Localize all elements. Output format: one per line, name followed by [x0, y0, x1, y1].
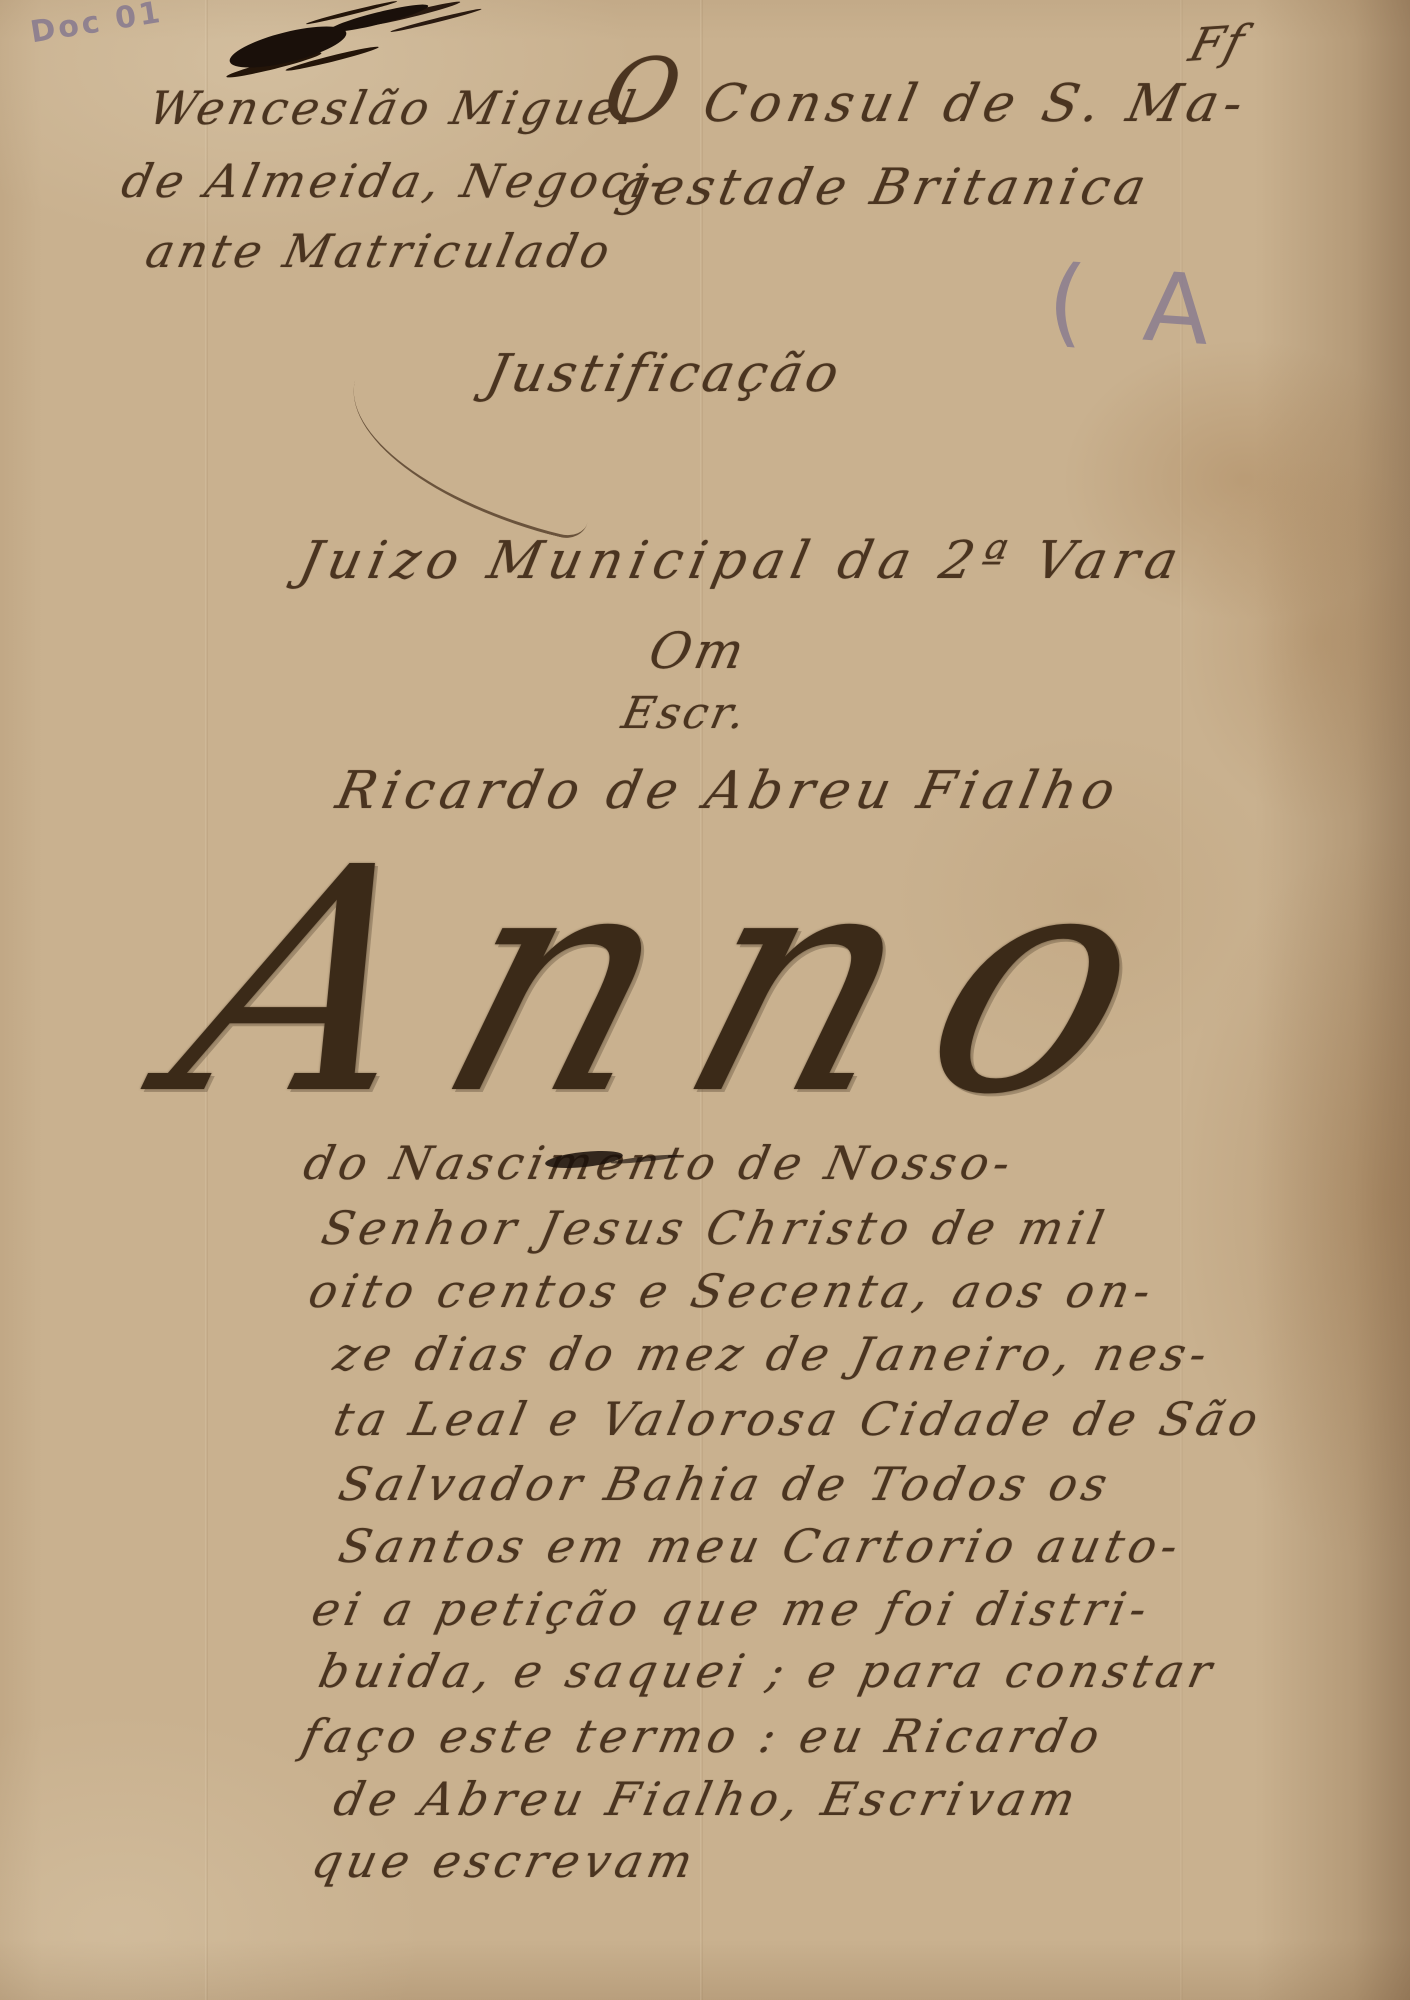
body-line-7: Santos em meu Cartorio auto- [335, 1523, 1187, 1569]
folio-mark: Ff [1185, 18, 1251, 68]
anno-calligraphy: Anno [150, 828, 1217, 1138]
subheader-escr: Escr. [618, 692, 752, 736]
body-line-11: de Abreu Fialho, Escrivam [330, 1776, 1084, 1822]
ink-blot [226, 18, 350, 76]
body-line-1: do Nascimento de Nosso- [300, 1140, 1019, 1186]
header-left-line-1: Wenceslão Miguel [145, 85, 643, 131]
header-left-line-3: ante Matriculado [142, 228, 618, 274]
header-right-line-2: gestade Britanica [612, 162, 1155, 212]
header-left-line-2: de Almeida, Negoci- [118, 158, 675, 204]
doc-number-annotation: Doc 01 [28, 0, 165, 48]
body-line-3: oito centos e Secenta, aos on- [305, 1268, 1160, 1314]
document-title: Justificação [482, 348, 847, 400]
body-line-5: ta Leal e Valorosa Cidade de São [330, 1396, 1267, 1442]
pencil-mark: ( A [1045, 252, 1227, 360]
manuscript-page: Doc 01 Ff Wenceslão Miguel de Almeida, N… [0, 0, 1410, 2000]
body-line-6: Salvador Bahia de Todos os [335, 1461, 1116, 1507]
body-line-4: ze dias do mez de Janeiro, nes- [330, 1331, 1216, 1377]
header-right-line-1: O Consul de S. Ma- [598, 78, 1253, 130]
court-line: Juizo Municipal da 2ª Vara [295, 535, 1189, 587]
body-line-2: Senhor Jesus Christo de mil [318, 1205, 1112, 1251]
subheader-om: Om [645, 626, 752, 676]
body-line-8: ei a petição que me foi distri- [308, 1586, 1156, 1632]
body-line-10: faço este termo : eu Ricardo [298, 1713, 1108, 1759]
body-line-12: que escrevam [308, 1838, 702, 1884]
body-line-9: buida, e saquei ; e para constar [315, 1648, 1221, 1694]
